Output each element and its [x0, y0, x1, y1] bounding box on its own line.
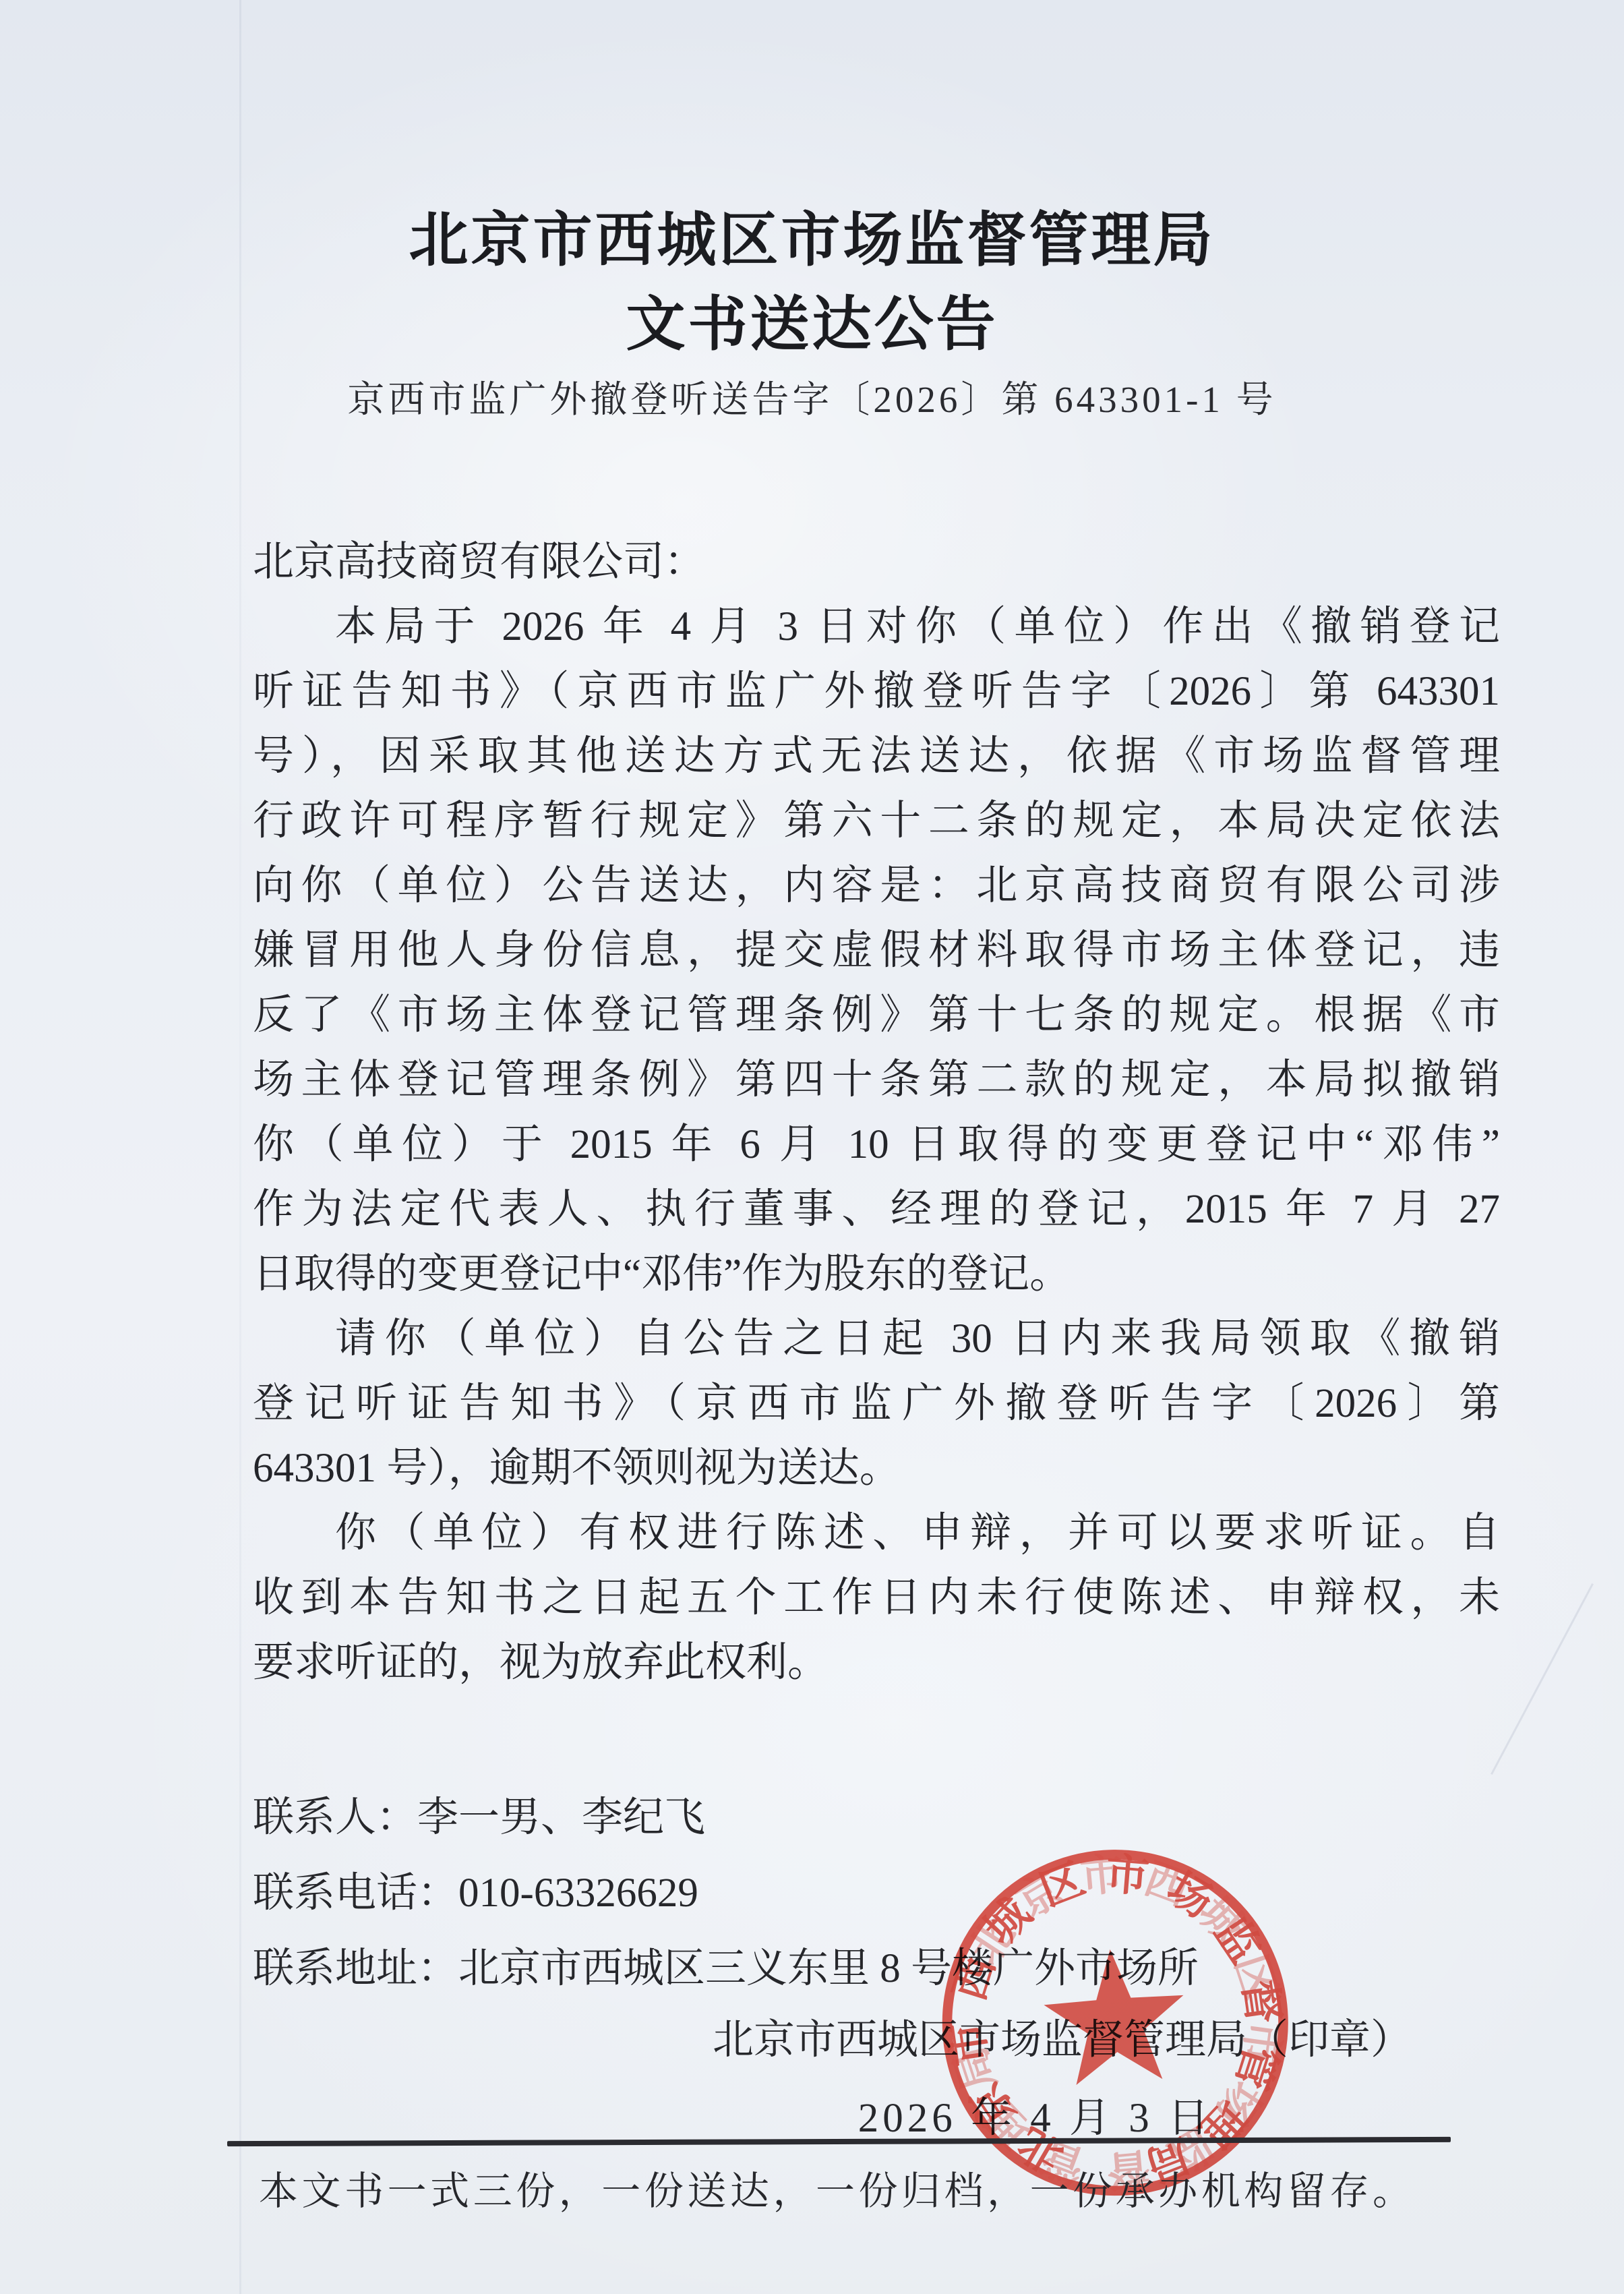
text-line: 要求听证的，视为放弃此权利。 — [253, 1630, 1500, 1695]
text-line: 听证告知书》（京西市监广外撤登听告字〔2026〕第 643301 — [253, 659, 1500, 724]
text-line: 号），因采取其他送达方式无法送达，依据《市场监督管理 — [253, 724, 1500, 789]
contact-phone-value: 010-63326629 — [458, 1871, 698, 1916]
notice-header: 北京市西城区市场监督管理局 文书送达公告 京西市监广外撤登听送告字〔2026〕第… — [0, 199, 1624, 432]
text-line: 本局于 2026 年 4 月 3 日对你（单位）作出《撤销登记 — [253, 595, 1500, 659]
contact-person-label: 联系人： — [253, 1795, 417, 1840]
text-line: 作为法定代表人、执行董事、经理的登记，2015 年 7 月 27 — [253, 1177, 1500, 1242]
contact-phone-line: 联系电话：010-63326629 — [253, 1856, 1500, 1931]
text-line: 反了《市场主体登记管理条例》第十七条的规定。根据《市 — [253, 983, 1500, 1048]
text-line: 向你（单位）公告送达，内容是：北京高技商贸有限公司涉 — [253, 854, 1500, 918]
document-number: 京西市监广外撤登听送告字〔2026〕第 643301-1 号 — [0, 367, 1624, 432]
contact-person-value: 李一男、李纪飞 — [417, 1795, 705, 1840]
paragraph-1: 本局于 2026 年 4 月 3 日对你（单位）作出《撤销登记听证告知书》（京西… — [253, 595, 1500, 1307]
signature-issuer: 北京市西城区市场监督管理局（印章） — [0, 2007, 1624, 2074]
paper-crease-diagonal — [1491, 1583, 1594, 1775]
text-line: 请你（单位）自公告之日起 30 日内来我局领取《撤销 — [253, 1307, 1500, 1372]
seal-star-icon — [1040, 1945, 1189, 2087]
paragraph-2: 请你（单位）自公告之日起 30 日内来我局领取《撤销登记听证告知书》（京西市监广… — [253, 1307, 1500, 1501]
paragraph-3: 你（单位）有权进行陈述、申辩，并可以要求听证。自收到本告知书之日起五个工作日内未… — [253, 1501, 1500, 1695]
contact-phone-label: 联系电话： — [253, 1871, 458, 1916]
text-line: 嫌冒用他人身份信息，提交虚假材料取得市场主体登记，违 — [253, 918, 1500, 983]
addressee-line: 北京高技商贸有限公司： — [253, 530, 1500, 595]
text-line: 你（单位）有权进行陈述、申辩，并可以要求听证。自 — [253, 1501, 1500, 1566]
scanned-notice-page: 北京市西城区市场监督管理局 文书送达公告 京西市监广外撤登听送告字〔2026〕第… — [0, 0, 1624, 2294]
notice-title: 文书送达公告 — [0, 283, 1624, 367]
text-line: 收到本告知书之日起五个工作日内未行使陈述、申辩权，未 — [253, 1566, 1500, 1630]
text-line: 643301 号），逾期不领则视为送达。 — [253, 1436, 1500, 1501]
text-line: 行政许可程序暂行规定》第六十二条的规定，本局决定依法 — [253, 789, 1500, 854]
text-line: 场主体登记管理条例》第四十条第二款的规定，本局拟撤销 — [253, 1048, 1500, 1113]
notice-body: 北京高技商贸有限公司： 本局于 2026 年 4 月 3 日对你（单位）作出《撤… — [253, 530, 1500, 1695]
contact-address-label: 联系地址： — [253, 1946, 458, 1991]
agency-title: 北京市西城区市场监督管理局 — [0, 199, 1624, 283]
text-line: 登记听证告知书》（京西市监广外撤登听告字〔2026〕第 — [253, 1372, 1500, 1436]
footer-note: 本文书一式三份，一份送达，一份归档，一份承办机构留存。 — [259, 2165, 1412, 2218]
contact-address-line: 联系地址：北京市西城区三义东里 8 号楼广外市场所 — [253, 1931, 1500, 2007]
contact-block: 联系人：李一男、李纪飞 联系电话：010-63326629 联系地址：北京市西城… — [253, 1780, 1500, 2007]
text-line: 日取得的变更登记中“邓伟”作为股东的登记。 — [253, 1242, 1500, 1307]
contact-person-line: 联系人：李一男、李纪飞 — [253, 1780, 1500, 1856]
text-line: 你（单位）于 2015 年 6 月 10 日取得的变更登记中“邓伟” — [253, 1113, 1500, 1177]
